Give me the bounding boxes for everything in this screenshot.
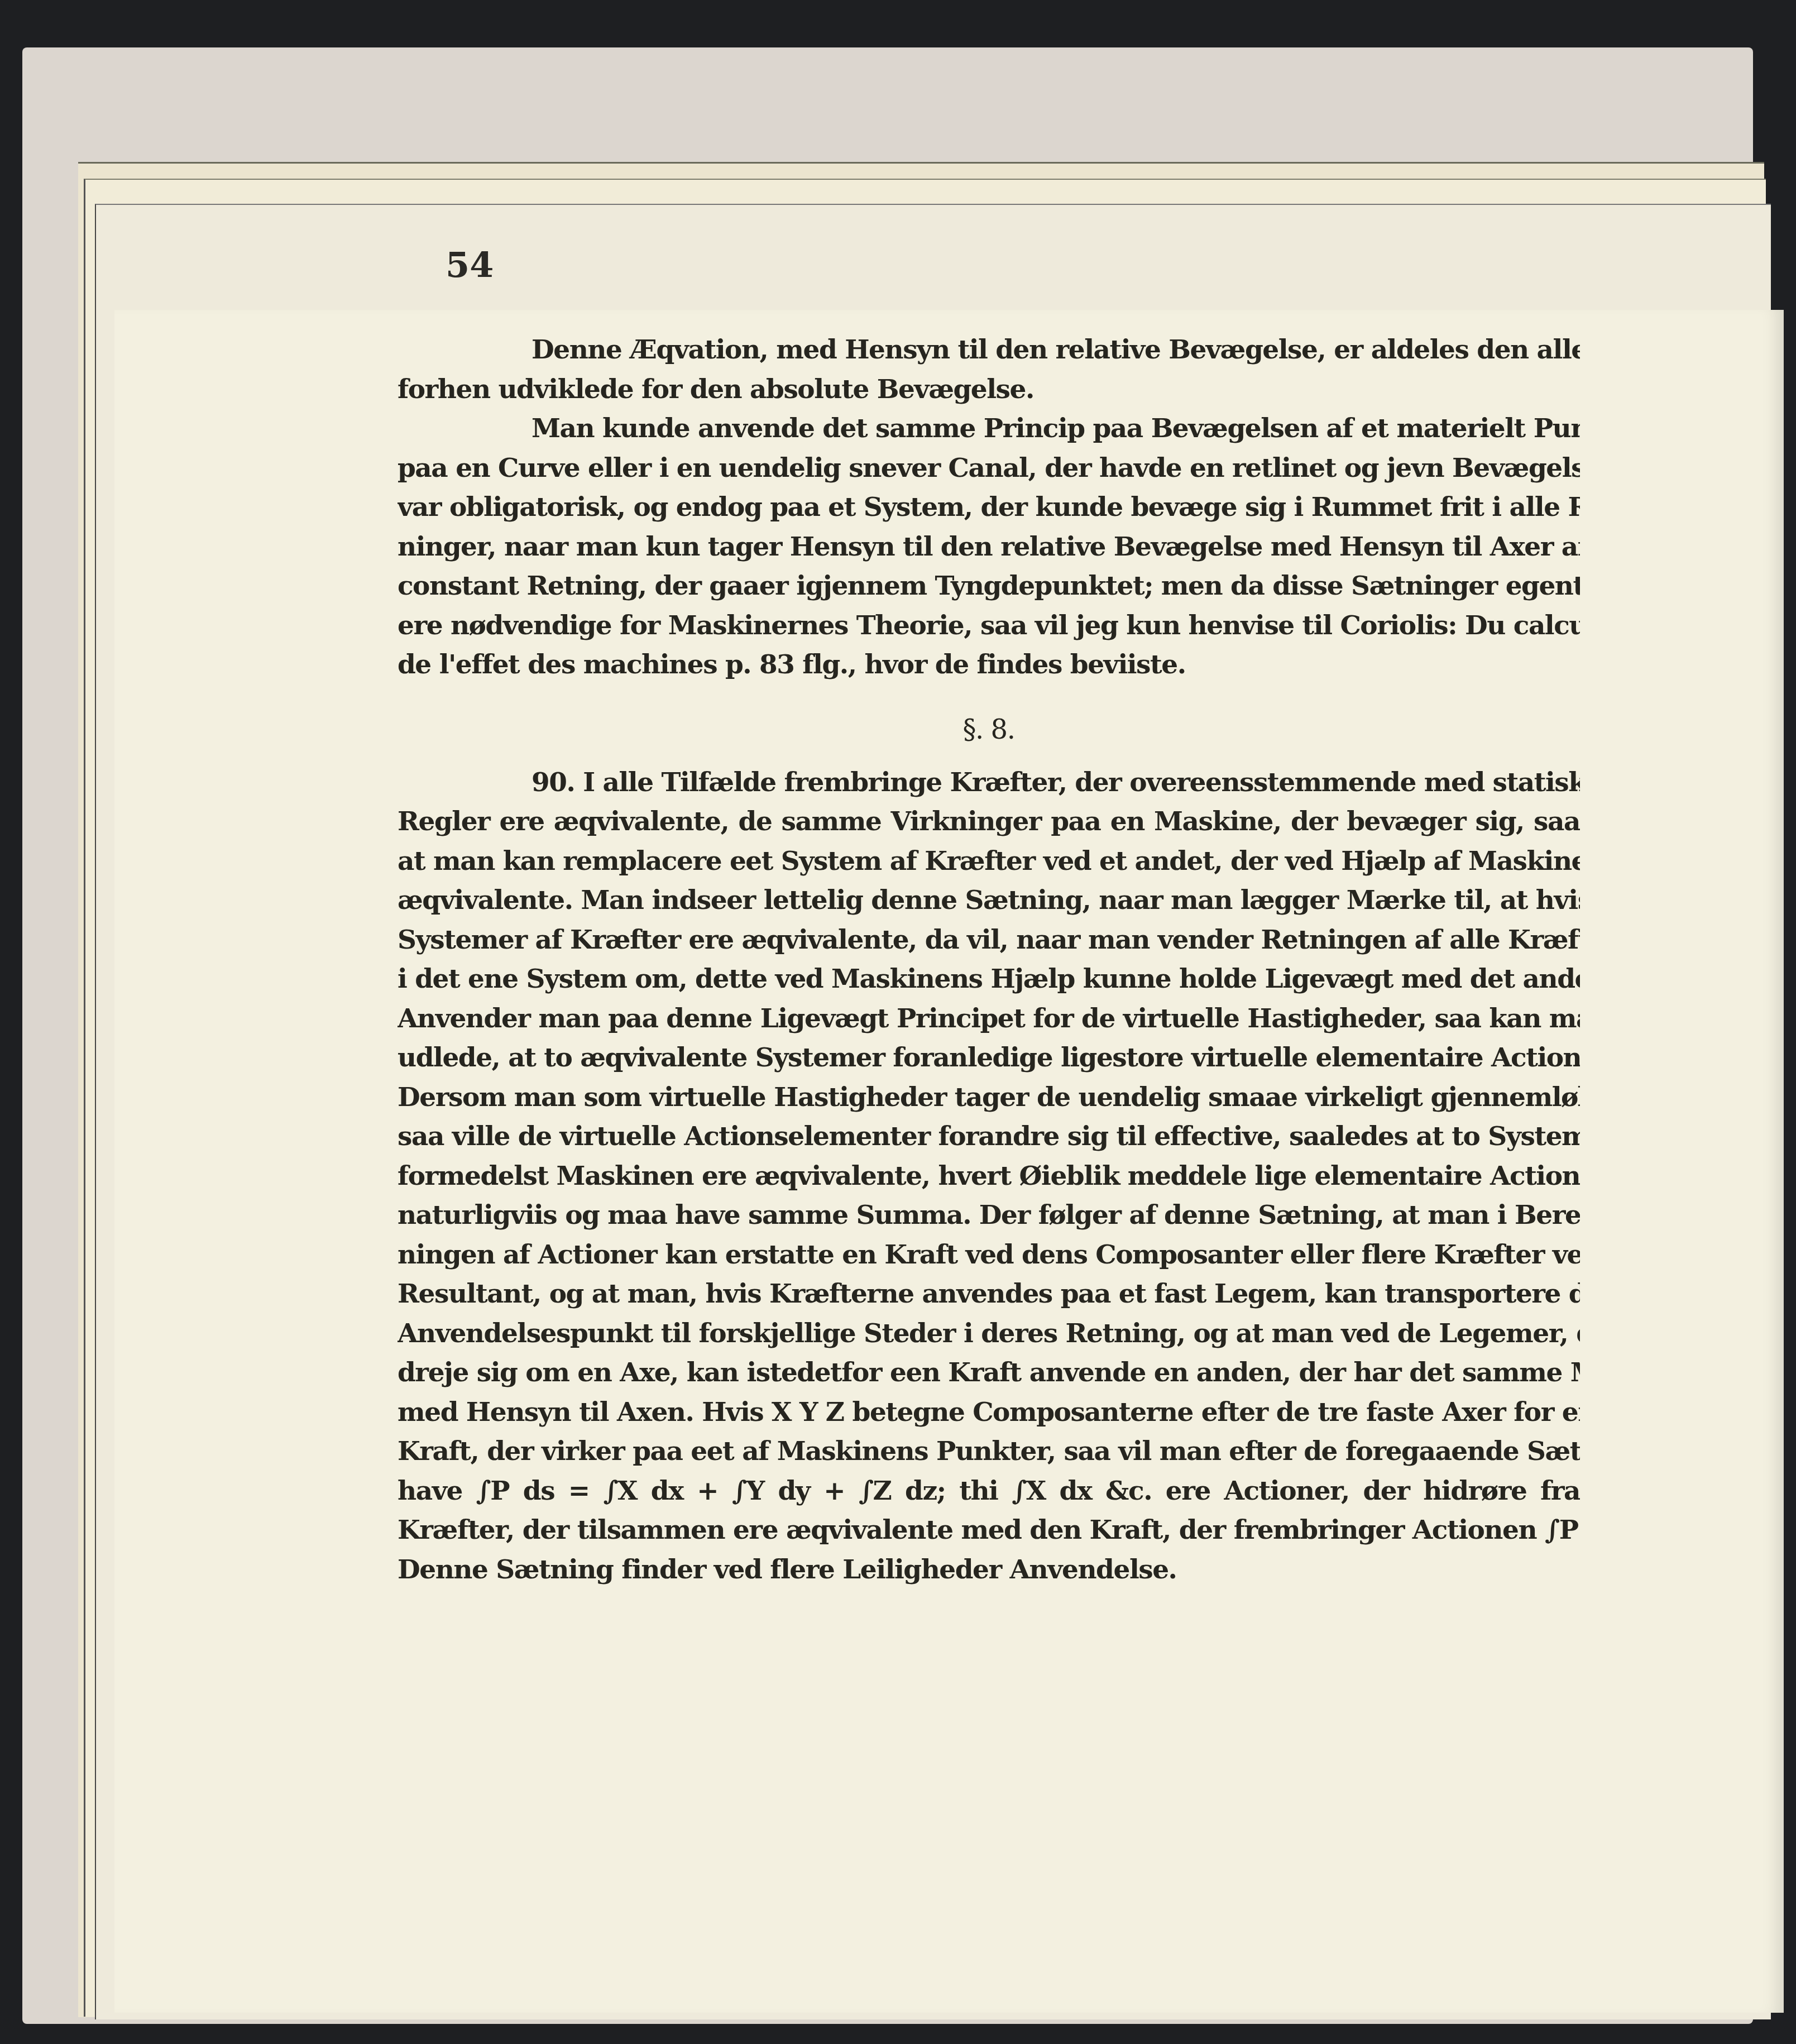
- text-line: Systemer af Kræfter ere æqvivalente, da …: [397, 921, 1580, 960]
- text-line: i det ene System om, dette ved Maskinens…: [397, 960, 1580, 999]
- text-line: Denne Æqvation, med Hensyn til den relat…: [397, 331, 1580, 370]
- paragraph: Denne Æqvation, med Hensyn til den relat…: [397, 331, 1580, 409]
- text-line: Kraft, der virker paa eet af Maskinens P…: [397, 1432, 1580, 1472]
- text-line: paa en Curve eller i en uendelig snever …: [397, 449, 1580, 489]
- text-line: Kræfter, der tilsammen ere æqvivalente m…: [397, 1511, 1580, 1550]
- text-line: var obligatorisk, og endog paa et System…: [397, 488, 1580, 528]
- text-line: at man kan remplacere eet System af Kræf…: [397, 842, 1580, 882]
- text-line: de l'effet des machines p. 83 flg., hvor…: [397, 645, 1580, 685]
- page-number: 54: [446, 245, 494, 285]
- text-line: 90. I alle Tilfælde frembringe Kræfter, …: [397, 763, 1580, 803]
- text-line: Resultant, og at man, hvis Kræfterne anv…: [397, 1275, 1580, 1314]
- text-line: dreje sig om en Axe, kan istedetfor een …: [397, 1353, 1580, 1393]
- text-line: constant Retning, der gaaer igjennem Tyn…: [397, 567, 1580, 606]
- text-line: saa ville de virtuelle Actionselementer …: [397, 1117, 1580, 1157]
- text-line: Anvender man paa denne Ligevægt Principe…: [397, 999, 1580, 1039]
- text-line: ningen af Actioner kan erstatte en Kraft…: [397, 1236, 1580, 1275]
- text-line: udlede, at to æqvivalente Systemer foran…: [397, 1038, 1580, 1078]
- text-line: ninger, naar man kun tager Hensyn til de…: [397, 528, 1580, 567]
- text-line: Anvendelsespunkt til forskjellige Steder…: [397, 1314, 1580, 1354]
- page-text: Denne Æqvation, med Hensyn til den relat…: [397, 331, 1580, 1590]
- text-line: Man kunde anvende det samme Princip paa …: [397, 409, 1580, 449]
- text-line: have ∫P ds = ∫X dx + ∫Y dy + ∫Z dz; thi …: [397, 1472, 1580, 1511]
- text-line: ere nødvendige for Maskinernes Theorie, …: [397, 606, 1580, 646]
- paragraph: 90. I alle Tilfælde frembringe Kræfter, …: [397, 763, 1580, 1590]
- section-heading: §. 8.: [397, 685, 1580, 763]
- text-line: forhen udviklede for den absolute Bevæge…: [397, 370, 1580, 410]
- text-line: æqvivalente. Man indseer lettelig denne …: [397, 881, 1580, 921]
- text-line: naturligviis og maa have samme Summa. De…: [397, 1196, 1580, 1236]
- text-line: formedelst Maskinen ere æqvivalente, hve…: [397, 1157, 1580, 1196]
- text-line: Dersom man som virtuelle Hastigheder tag…: [397, 1078, 1580, 1118]
- text-line: Denne Sætning finder ved flere Leilighed…: [397, 1550, 1580, 1590]
- text-line: med Hensyn til Axen. Hvis X Y Z betegne …: [397, 1393, 1580, 1433]
- paragraph: Man kunde anvende det samme Princip paa …: [397, 409, 1580, 685]
- text-line: Regler ere æqvivalente, de samme Virknin…: [397, 802, 1580, 842]
